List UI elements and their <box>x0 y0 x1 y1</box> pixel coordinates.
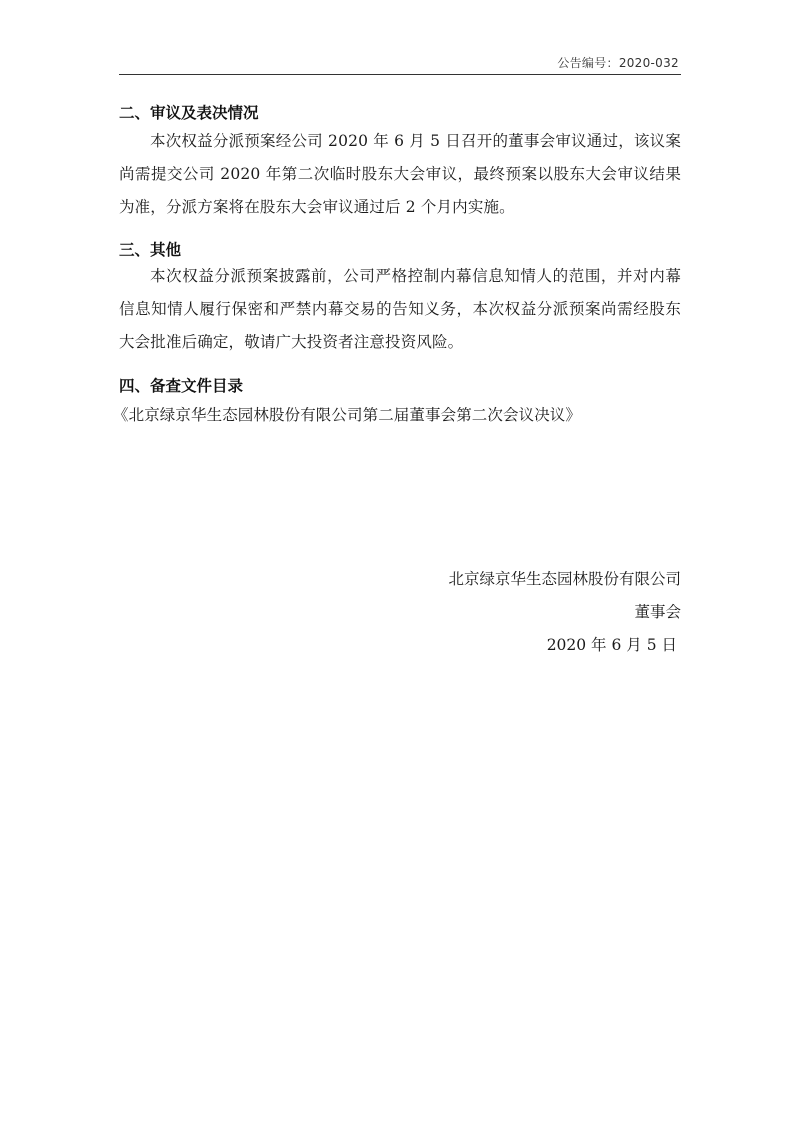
section-heading-review-voting: 二、审议及表决情况 <box>119 103 259 123</box>
page-header: 公告编号：2020-032 <box>119 52 681 75</box>
section-body-review-voting: 本次权益分派预案经公司 2020 年 6 月 5 日召开的董事会审议通过，该议案… <box>119 125 681 224</box>
signature-company: 北京绿京华生态园林股份有限公司 <box>448 563 681 596</box>
signature-board: 董事会 <box>448 596 681 629</box>
announcement-number: 公告编号：2020-032 <box>557 54 679 71</box>
signature-block: 北京绿京华生态园林股份有限公司 董事会 2020 年 6 月 5 日 <box>448 563 681 662</box>
signature-date: 2020 年 6 月 5 日 <box>448 629 681 662</box>
section-heading-reference-docs: 四、备查文件目录 <box>119 376 243 396</box>
section-heading-other: 三、其他 <box>119 240 181 260</box>
section-body-other: 本次权益分派预案披露前，公司严格控制内幕信息知情人的范围，并对内幕信息知情人履行… <box>119 260 681 359</box>
reference-document-title: 《北京绿京华生态园林股份有限公司第二届董事会第二次会议决议》 <box>113 404 581 426</box>
